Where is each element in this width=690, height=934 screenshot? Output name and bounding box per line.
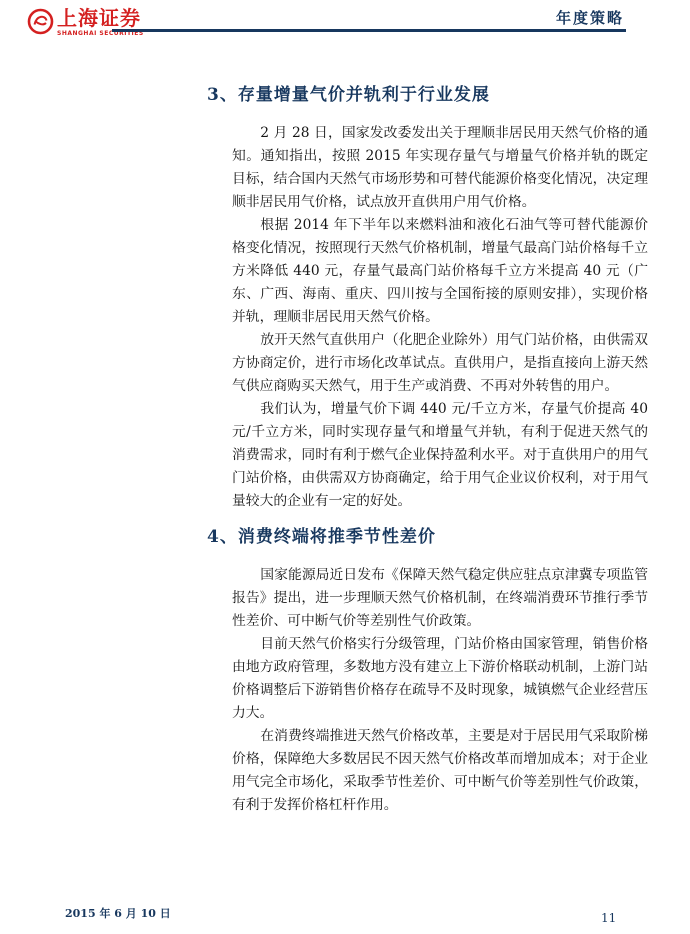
report-body: 3、存量增量气价并轨利于行业发展 2 月 28 日，国家发改委发出关于理顺非居民… — [207, 84, 650, 817]
paragraph: 根据 2014 年下半年以来燃料油和液化石油气等可替代能源价格变化情况，按照现行… — [232, 214, 648, 329]
paragraph: 2 月 28 日，国家发改委发出关于理顺非居民用天然气价格的通知。通知指出，按照… — [232, 122, 648, 214]
paragraph: 我们认为，增量气价下调 440 元/千立方米，存量气价提高 40 元/千立方米，… — [232, 398, 648, 513]
brand-name-cn: 上海证券 — [57, 6, 144, 30]
section-gas-price-merge: 3、存量增量气价并轨利于行业发展 2 月 28 日，国家发改委发出关于理顺非居民… — [207, 84, 650, 513]
header-divider — [112, 29, 626, 32]
report-type-label: 年度策略 — [556, 7, 624, 28]
paragraph: 在消费终端推进天然气价格改革，主要是对于居民用气采取阶梯价格，保障绝大多数居民不… — [232, 725, 648, 817]
report-page: 上海证券 SHANGHAI SECURITIES 年度策略 3、存量增量气价并轨… — [0, 0, 690, 934]
brand-logo-text: 上海证券 SHANGHAI SECURITIES — [57, 6, 144, 38]
report-date: 2015 年 6 月 10 日 — [65, 905, 171, 921]
section-seasonal-pricing: 4、消费终端将推季节性差价 国家能源局近日发布《保障天然气稳定供应驻点京津冀专项… — [207, 526, 650, 817]
section-heading: 4、消费终端将推季节性差价 — [207, 526, 650, 548]
brand-logo-icon — [27, 8, 54, 39]
paragraph: 目前天然气价格实行分级管理，门站价格由国家管理，销售价格由地方政府管理，多数地方… — [232, 633, 648, 725]
paragraph: 放开天然气直供用户（化肥企业除外）用气门站价格，由供需双方协商定价，进行市场化改… — [232, 329, 648, 398]
section-heading: 3、存量增量气价并轨利于行业发展 — [207, 84, 650, 106]
page-number: 11 — [601, 911, 616, 925]
paragraph: 国家能源局近日发布《保障天然气稳定供应驻点京津冀专项监管报告》提出，进一步理顺天… — [232, 564, 648, 633]
brand-logo: 上海证券 SHANGHAI SECURITIES — [27, 6, 144, 39]
